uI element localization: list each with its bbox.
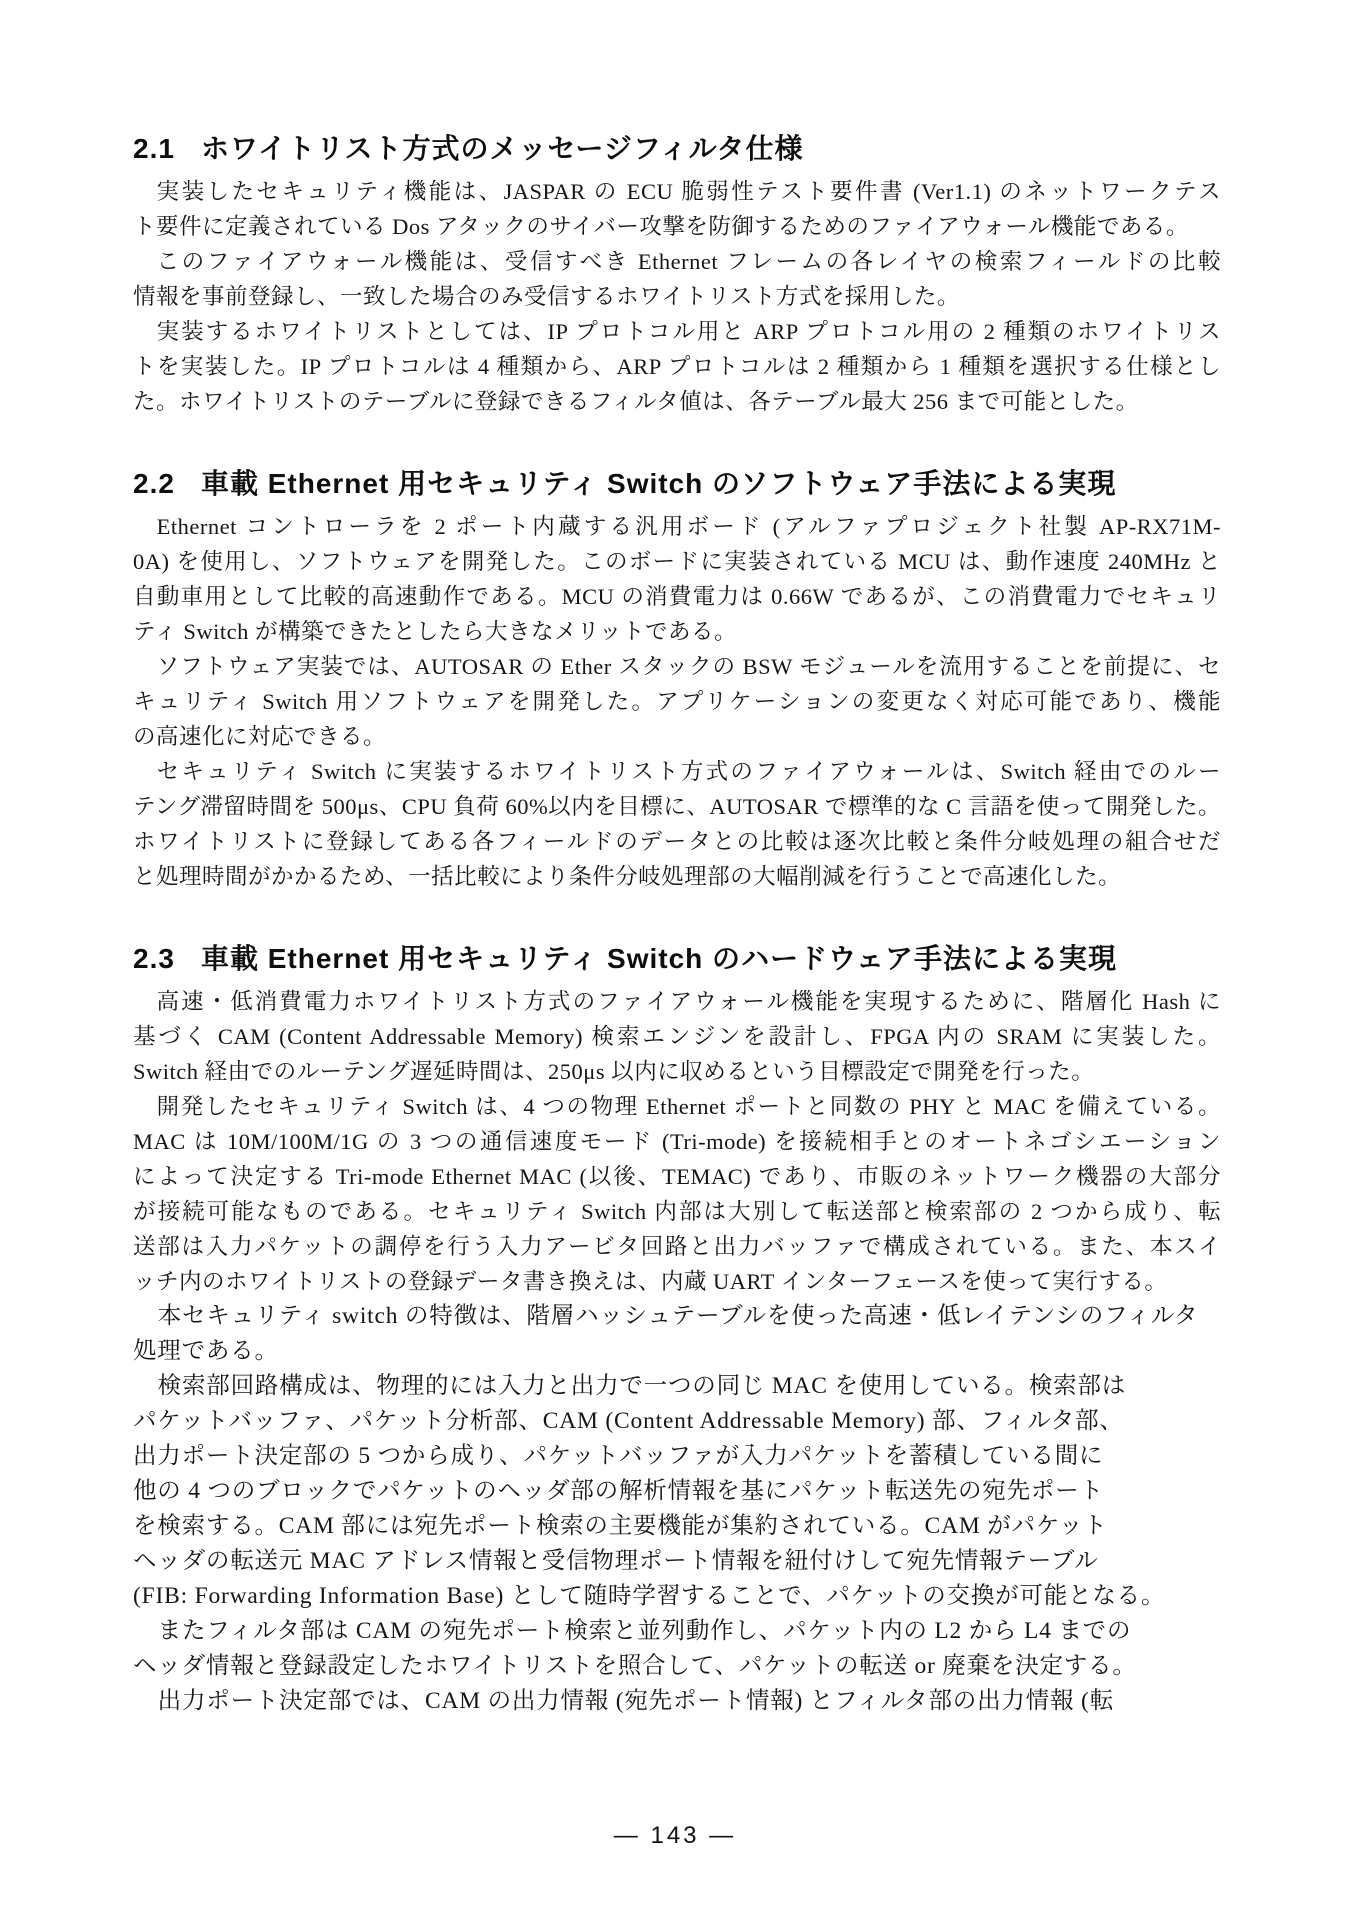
paragraph: セキュリティ Switch に実装するホワイトリスト方式のファイアウォールは、S…	[133, 754, 1221, 894]
body-line: パケットバッファ、パケット分析部、CAM (Content Addressabl…	[133, 1404, 1221, 1439]
body-line: た。ホワイトリストのテーブルに登録できるフィルタ値は、各テーブル最大 256 ま…	[133, 384, 1221, 419]
paragraph: またフィルタ部は CAM の宛先ポート検索と並列動作し、パケット内の L2 から…	[133, 1614, 1221, 1684]
page-number: — 143 —	[614, 1822, 736, 1849]
body-line: 検索部回路構成は、物理的には入力と出力で一つの同じ MAC を使用している。検索…	[133, 1369, 1221, 1404]
body-line: 実装するホワイトリストとしては、IP プロトコル用と ARP プロトコル用の 2…	[133, 314, 1221, 349]
section-heading: 2.1ホワイトリスト方式のメッセージフィルタ仕様	[133, 128, 1221, 170]
body-line: セキュリティ Switch に実装するホワイトリスト方式のファイアウォールは、S…	[133, 754, 1221, 789]
paragraph: Ethernet コントローラを 2 ポート内蔵する汎用ボード (アルファプロジ…	[133, 509, 1221, 649]
section-2.2: 2.2車載 Ethernet 用セキュリティ Switch のソフトウェア手法に…	[133, 463, 1221, 894]
body-line: 実装したセキュリティ機能は、JASPAR の ECU 脆弱性テスト要件書 (Ve…	[133, 174, 1221, 209]
paragraph: 検索部回路構成は、物理的には入力と出力で一つの同じ MAC を使用している。検索…	[133, 1369, 1221, 1614]
body-line: 自動車用として比較的高速動作である。MCU の消費電力は 0.66W であるが、…	[133, 579, 1221, 614]
body-line: ホワイトリストに登録してある各フィールドのデータとの比較は逐次比較と条件分岐処理…	[133, 824, 1221, 859]
body-line: ヘッダ情報と登録設定したホワイトリストを照合して、パケットの転送 or 廃棄を決…	[133, 1649, 1221, 1684]
body-line: ティ Switch が構築できたとしたら大きなメリットである。	[133, 614, 1221, 649]
body-line: キュリティ Switch 用ソフトウェアを開発した。アプリケーションの変更なく対…	[133, 684, 1221, 719]
body-line: MAC は 10M/100M/1G の 3 つの通信速度モード (Tri-mod…	[133, 1124, 1221, 1159]
body-line: が接続可能なものである。セキュリティ Switch 内部は大別して転送部と検索部…	[133, 1194, 1221, 1229]
body-line: 処理である。	[133, 1334, 1221, 1369]
section-2.1: 2.1ホワイトリスト方式のメッセージフィルタ仕様実装したセキュリティ機能は、JA…	[133, 128, 1221, 419]
page-content: 2.1ホワイトリスト方式のメッセージフィルタ仕様実装したセキュリティ機能は、JA…	[133, 128, 1221, 1719]
body-line: と処理時間がかかるため、一括比較により条件分岐処理部の大幅削減を行うことで高速化…	[133, 859, 1221, 894]
body-line: ヘッダの転送元 MAC アドレス情報と受信物理ポート情報を紐付けして宛先情報テー…	[133, 1544, 1221, 1579]
document-page: 2.1ホワイトリスト方式のメッセージフィルタ仕様実装したセキュリティ機能は、JA…	[0, 0, 1350, 1909]
paragraph: 本セキュリティ switch の特徴は、階層ハッシュテーブルを使った高速・低レイ…	[133, 1299, 1221, 1369]
page-footer: — 143 —	[0, 1822, 1350, 1850]
section-number: 2.1	[133, 128, 175, 170]
body-line: の高速化に対応できる。	[133, 719, 1221, 754]
body-line: 出力ポート決定部の 5 つから成り、パケットバッファが入力パケットを蓄積している…	[133, 1439, 1221, 1474]
section-heading: 2.3車載 Ethernet 用セキュリティ Switch のハードウェア手法に…	[133, 938, 1221, 980]
body-line: によって決定する Tri-mode Ethernet MAC (以後、TEMAC…	[133, 1159, 1221, 1194]
section-title: 車載 Ethernet 用セキュリティ Switch のハードウェア手法による実…	[201, 943, 1117, 974]
paragraph: 開発したセキュリティ Switch は、4 つの物理 Ethernet ポートと…	[133, 1089, 1221, 1299]
body-line: 本セキュリティ switch の特徴は、階層ハッシュテーブルを使った高速・低レイ…	[133, 1299, 1221, 1334]
body-line: テング滞留時間を 500μs、CPU 負荷 60%以内を目標に、AUTOSAR …	[133, 789, 1221, 824]
body-line: ッチ内のホワイトリストの登録データ書き換えは、内蔵 UART インターフェースを…	[133, 1264, 1221, 1299]
body-line: 開発したセキュリティ Switch は、4 つの物理 Ethernet ポートと…	[133, 1089, 1221, 1124]
body-line: またフィルタ部は CAM の宛先ポート検索と並列動作し、パケット内の L2 から…	[133, 1614, 1221, 1649]
section-heading: 2.2車載 Ethernet 用セキュリティ Switch のソフトウェア手法に…	[133, 463, 1221, 505]
body-line: 送部は入力パケットの調停を行う入力アービタ回路と出力バッファで構成されている。ま…	[133, 1229, 1221, 1264]
section-number: 2.3	[133, 938, 175, 980]
body-line: を検索する。CAM 部には宛先ポート検索の主要機能が集約されている。CAM がパ…	[133, 1509, 1221, 1544]
body-line: 他の 4 つのブロックでパケットのヘッダ部の解析情報を基にパケット転送先の宛先ポ…	[133, 1474, 1221, 1509]
body-line: ソフトウェア実装では、AUTOSAR の Ether スタックの BSW モジュ…	[133, 649, 1221, 684]
paragraph: このファイアウォール機能は、受信すべき Ethernet フレームの各レイヤの検…	[133, 244, 1221, 314]
paragraph: 高速・低消費電力ホワイトリスト方式のファイアウォール機能を実現するために、階層化…	[133, 984, 1221, 1089]
section-number: 2.2	[133, 463, 175, 505]
body-line: 高速・低消費電力ホワイトリスト方式のファイアウォール機能を実現するために、階層化…	[133, 984, 1221, 1019]
body-line: 出力ポート決定部では、CAM の出力情報 (宛先ポート情報) とフィルタ部の出力…	[133, 1684, 1221, 1719]
body-line: 0A) を使用し、ソフトウェアを開発した。このボードに実装されている MCU は…	[133, 544, 1221, 579]
section-title: 車載 Ethernet 用セキュリティ Switch のソフトウェア手法による実…	[201, 468, 1116, 499]
paragraph: ソフトウェア実装では、AUTOSAR の Ether スタックの BSW モジュ…	[133, 649, 1221, 754]
body-line: 情報を事前登録し、一致した場合のみ受信するホワイトリスト方式を採用した。	[133, 279, 1221, 314]
body-line: Ethernet コントローラを 2 ポート内蔵する汎用ボード (アルファプロジ…	[133, 509, 1221, 544]
body-line: このファイアウォール機能は、受信すべき Ethernet フレームの各レイヤの検…	[133, 244, 1221, 279]
body-line: (FIB: Forwarding Information Base) として随時…	[133, 1579, 1221, 1614]
paragraph: 実装したセキュリティ機能は、JASPAR の ECU 脆弱性テスト要件書 (Ve…	[133, 174, 1221, 244]
body-line: 基づく CAM (Content Addressable Memory) 検索エ…	[133, 1019, 1221, 1054]
section-title: ホワイトリスト方式のメッセージフィルタ仕様	[201, 133, 804, 164]
paragraph: 出力ポート決定部では、CAM の出力情報 (宛先ポート情報) とフィルタ部の出力…	[133, 1684, 1221, 1719]
section-2.3: 2.3車載 Ethernet 用セキュリティ Switch のハードウェア手法に…	[133, 938, 1221, 1719]
body-line: ト要件に定義されている Dos アタックのサイバー攻撃を防御するためのファイアウ…	[133, 209, 1221, 244]
body-line: トを実装した。IP プロトコルは 4 種類から、ARP プロトコルは 2 種類か…	[133, 349, 1221, 384]
body-line: Switch 経由でのルーテング遅延時間は、250μs 以内に収めるという目標設…	[133, 1054, 1221, 1089]
paragraph: 実装するホワイトリストとしては、IP プロトコル用と ARP プロトコル用の 2…	[133, 314, 1221, 419]
